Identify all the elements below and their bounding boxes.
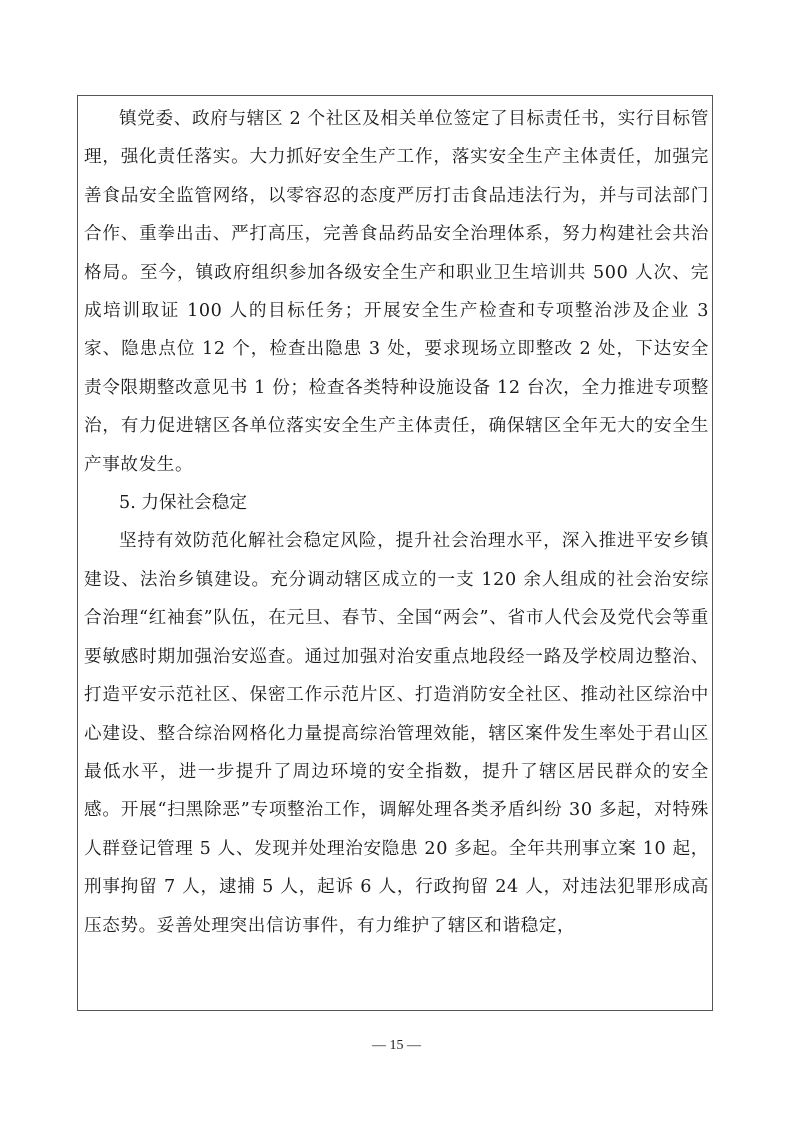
page-number: — 15 — (0, 1038, 793, 1054)
section-heading-social-stability: 5. 力保社会稳定 (84, 484, 709, 522)
paragraph-social-stability: 坚持有效防范化解社会稳定风险，提升社会治理水平，深入推进平安乡镇建设、法治乡镇建… (84, 522, 709, 944)
paragraph-safety-production: 镇党委、政府与辖区 2 个社区及相关单位签定了目标责任书，实行目标管理，强化责任… (84, 100, 709, 484)
document-body: 镇党委、政府与辖区 2 个社区及相关单位签定了目标责任书，实行目标管理，强化责任… (84, 100, 709, 945)
